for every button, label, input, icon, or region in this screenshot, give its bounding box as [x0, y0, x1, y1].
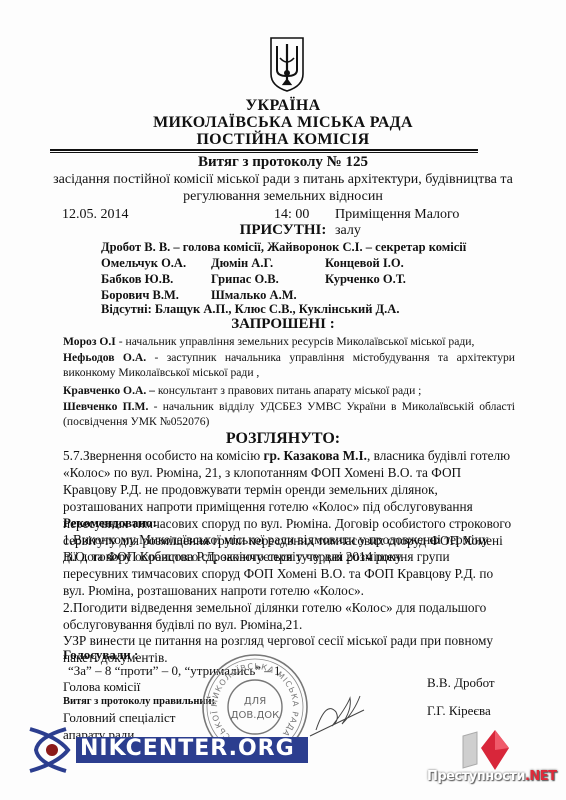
- present-member: Курченко О.Т.: [325, 272, 406, 287]
- handwritten-signature-icon: [306, 690, 366, 740]
- meeting-date: 12.05. 2014: [62, 207, 129, 223]
- invited-item: Шевченко П.М. - начальник відділу УДСБЕЗ…: [63, 399, 515, 429]
- voting-heading: Голосували :: [63, 647, 138, 663]
- trident-coat-of-arms-icon: [269, 36, 305, 93]
- meeting-time: 14: 00: [274, 207, 309, 223]
- considered-heading: РОЗГЛЯНУТО:: [0, 430, 566, 448]
- nikcenter-watermark: NIKCENTER.ORG: [28, 727, 313, 773]
- header-divider-thin: [50, 152, 478, 153]
- specialist-title-1: Головний спеціаліст: [63, 710, 175, 726]
- header-commission: ПОСТІЙНА КОМІСІЯ: [0, 131, 566, 149]
- chair-title: Голова комісії: [63, 679, 140, 695]
- present-member: Шмалько А.М.: [211, 288, 297, 303]
- present-member: Борович В.М.: [101, 288, 179, 303]
- specialist-name: Г.Г. Кіреєва: [427, 703, 491, 719]
- present-chair-line: Дробот В. В. – голова комісії, Жайвороно…: [101, 240, 466, 255]
- header-country: УКРАЇНА: [0, 97, 566, 115]
- prestupnosti-text: Преступности.NET: [427, 769, 557, 784]
- prestupnosti-logo-icon: [455, 728, 525, 772]
- present-member: Концевой І.О.: [325, 256, 404, 271]
- present-member: Дюмін А.Г.: [211, 256, 273, 271]
- present-heading: ПРИСУТНІ:: [0, 222, 566, 239]
- present-member: Омельчук О.А.: [101, 256, 186, 271]
- stamp-center-2: ДОВ.ДОК: [231, 710, 280, 721]
- nikcenter-text: NIKCENTER.ORG: [80, 736, 295, 761]
- present-member: Бабков Ю.В.: [101, 272, 173, 287]
- protocol-subtitle-1: засідання постійної комісії міської ради…: [0, 172, 566, 188]
- invited-item: Мороз О.І - начальник управління земельн…: [63, 334, 515, 349]
- document-page: УКРАЇНА МИКОЛАЇВСЬКА МІСЬКА РАДА ПОСТІЙН…: [0, 0, 566, 800]
- nikcenter-logo-icon: [28, 727, 78, 773]
- header-council: МИКОЛАЇВСЬКА МІСЬКА РАДА: [0, 114, 566, 132]
- protocol-subtitle-2: регулювання земельних відносин: [0, 189, 566, 205]
- absent-line: Відсутні: Блащук А.П., Клюс С.В., Куклін…: [101, 302, 399, 317]
- invited-item: Кравченко О.А. – консультант з правових …: [63, 383, 515, 398]
- stamp-center-1: ДЛЯ: [244, 696, 266, 707]
- certified-label: Витяг з протоколу правильний:: [63, 696, 215, 707]
- header-divider: [50, 149, 478, 151]
- prestupnosti-watermark: Преступности.NET: [425, 728, 555, 788]
- recommended-heading: Рекомендовано:: [63, 515, 157, 531]
- invited-item: Нефьодов О.А. - заступник начальника упр…: [63, 350, 515, 380]
- present-member: Грипас О.В.: [211, 272, 279, 287]
- chair-name: В.В. Дробот: [427, 675, 495, 691]
- protocol-title: Витяг з протоколу № 125: [0, 154, 566, 171]
- invited-heading: ЗАПРОШЕНІ :: [0, 316, 566, 333]
